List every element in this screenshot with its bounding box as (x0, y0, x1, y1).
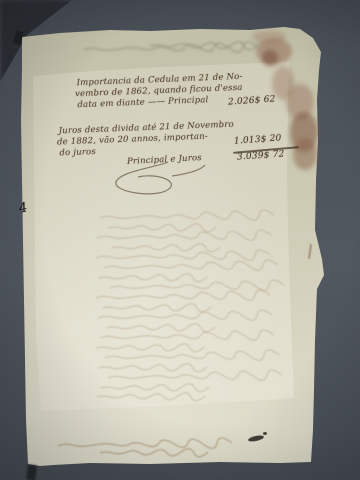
ink-speck (263, 432, 267, 435)
photographed-manuscript: Importancia da Cedula em 21 de No- vembr… (0, 0, 360, 480)
inner-sheet (32, 60, 296, 412)
entry-2: Juros desta divida até 21 de Novembro de… (58, 120, 235, 160)
stain (293, 138, 317, 170)
stain (262, 50, 278, 66)
bottom-edge-mark (26, 465, 37, 480)
entry-1: Importancia da Cedula em 21 de No- vembr… (76, 72, 243, 111)
